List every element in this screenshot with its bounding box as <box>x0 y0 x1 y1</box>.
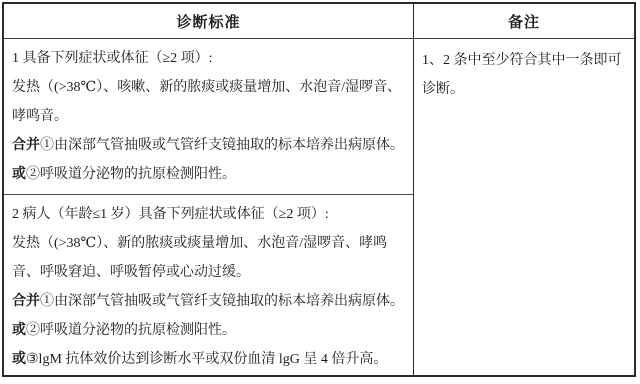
bold-prefix: 或 <box>12 167 26 182</box>
paragraph-text: 发热（(>38℃）、咳嗽、新的脓痰或痰量增加、水泡音/湿啰音、哮鸣音。 <box>12 80 401 124</box>
criteria-paragraph: 或②呼吸道分泌物的抗原检测阳性。 <box>12 316 405 345</box>
criteria-row-1: 1 具备下列症状或体征（≥2 项）: 发热（(>38℃）、咳嗽、新的脓痰或痰量增… <box>4 39 413 195</box>
criteria-paragraph: 合并①由深部气管抽吸或气管纤支镜抽取的标本培养出病原体。 <box>12 131 405 160</box>
table-body: 1 具备下列症状或体征（≥2 项）: 发热（(>38℃）、咳嗽、新的脓痰或痰量增… <box>4 39 634 375</box>
criteria-paragraph: 2 病人（年龄≤1 岁）具备下列症状或体征（≥2 项）: <box>12 200 405 229</box>
document-page: 诊断标准 备注 1 具备下列症状或体征（≥2 项）: 发热（(>38℃）、咳嗽、… <box>0 0 640 384</box>
paragraph-text: 2 病人（年龄≤1 岁）具备下列症状或体征（≥2 项）: <box>12 207 329 222</box>
paragraph-text: ①由深部气管抽吸或气管纤支镜抽取的标本培养出病原体。 <box>40 294 404 309</box>
paragraph-text: 发热（(>38℃）、新的脓痰或痰量增加、水泡音/湿啰音、哮鸣音、呼吸窘迫、呼吸暂… <box>12 236 387 280</box>
remarks-cell: 1、2 条中至少符合其中一条即可诊断。 <box>414 39 634 375</box>
remark-text: 1、2 条中至少符合其中一条即可诊断。 <box>422 46 626 104</box>
criteria-row-2: 2 病人（年龄≤1 岁）具备下列症状或体征（≥2 项）: 发热（(>38℃）、新… <box>4 195 413 375</box>
paragraph-text: ②呼吸道分泌物的抗原检测阳性。 <box>26 167 236 182</box>
paragraph-text: 1 具备下列症状或体征（≥2 项）: <box>12 51 213 66</box>
paragraph-text: ①由深部气管抽吸或气管纤支镜抽取的标本培养出病原体。 <box>40 138 404 153</box>
criteria-paragraph: 或②呼吸道分泌物的抗原检测阳性。 <box>12 160 405 189</box>
header-cell-diagnostic-criteria: 诊断标准 <box>4 4 414 38</box>
header-cell-remarks: 备注 <box>414 4 634 38</box>
criteria-column: 1 具备下列症状或体征（≥2 项）: 发热（(>38℃）、咳嗽、新的脓痰或痰量增… <box>4 39 414 375</box>
diagnosis-criteria-table: 诊断标准 备注 1 具备下列症状或体征（≥2 项）: 发热（(>38℃）、咳嗽、… <box>2 2 636 377</box>
bold-prefix: 合并 <box>12 138 40 153</box>
criteria-paragraph: 1 具备下列症状或体征（≥2 项）: <box>12 44 405 73</box>
criteria-paragraph: 发热（(>38℃）、咳嗽、新的脓痰或痰量增加、水泡音/湿啰音、哮鸣音。 <box>12 73 405 131</box>
bold-prefix: 或 <box>12 323 26 338</box>
criteria-paragraph: 发热（(>38℃）、新的脓痰或痰量增加、水泡音/湿啰音、哮鸣音、呼吸窘迫、呼吸暂… <box>12 229 405 287</box>
table-header-row: 诊断标准 备注 <box>4 4 634 39</box>
bold-prefix: 合并 <box>12 294 40 309</box>
criteria-paragraph: 或③lgM 抗体效价达到诊断水平或双份血清 lgG 呈 4 倍升高。 <box>12 345 405 374</box>
paragraph-text: ②呼吸道分泌物的抗原检测阳性。 <box>26 323 236 338</box>
criteria-paragraph: 合并①由深部气管抽吸或气管纤支镜抽取的标本培养出病原体。 <box>12 287 405 316</box>
paragraph-text: ③lgM 抗体效价达到诊断水平或双份血清 lgG 呈 4 倍升高。 <box>26 352 387 367</box>
bold-prefix: 或 <box>12 352 26 367</box>
